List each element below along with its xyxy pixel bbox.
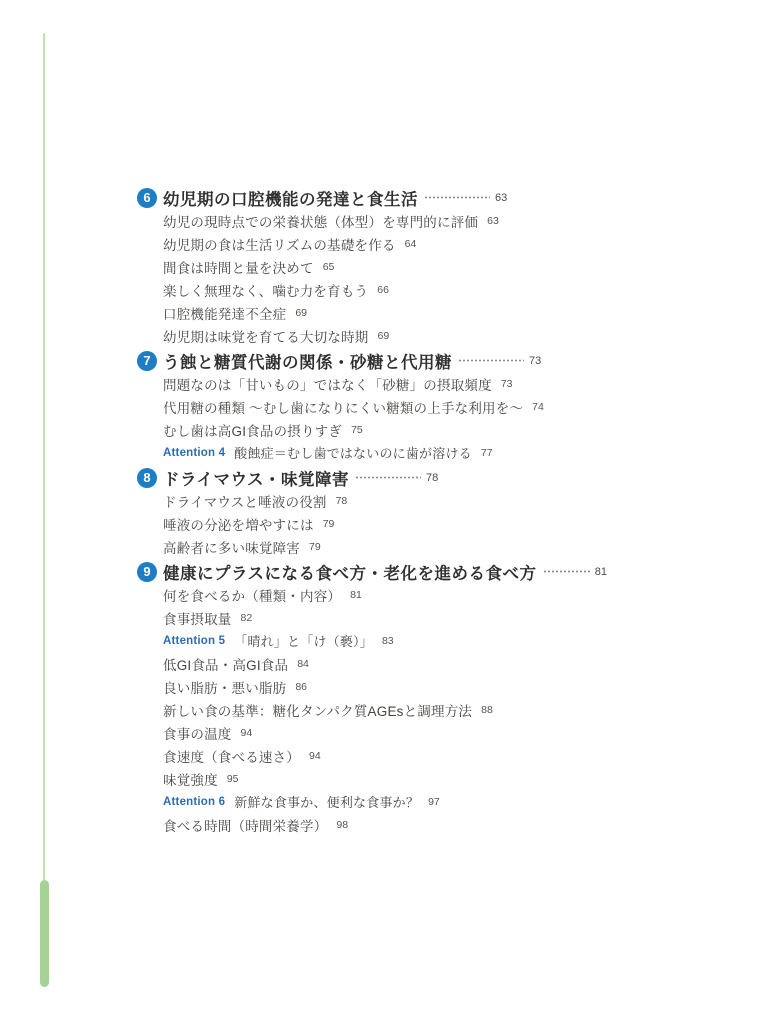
toc-item-text: 酸蝕症＝むし歯ではないのに歯が溶ける	[234, 443, 472, 462]
toc-item-page-number: 73	[501, 378, 513, 390]
toc-item: 何を食べるか（種類・内容） 81	[137, 583, 607, 606]
toc-item: 幼児期は味覚を育てる大切な時期 69	[137, 324, 607, 347]
toc-section: 9 健康にプラスになる食べ方・老化を進める食べ方 81 何を食べるか（種類・内容…	[137, 560, 607, 836]
toc-item-page-number: 94	[309, 750, 321, 762]
toc-item-page-number: 78	[336, 495, 348, 507]
toc-item-text: 間食は時間と量を決めて	[163, 257, 314, 277]
dot-leader	[424, 196, 490, 199]
section-title: 健康にプラスになる食べ方・老化を進める食べ方	[163, 560, 537, 584]
toc-item-text: 高齢者に多い味覚障害	[163, 537, 300, 557]
section-title: う蝕と糖質代謝の関係・砂糖と代用糖	[163, 349, 452, 373]
toc-item: 新しい食の基準：糖化タンパク質AGEsと調理方法 88	[137, 698, 607, 721]
toc-item-page-number: 86	[295, 681, 307, 693]
page-accent-bar-thick	[40, 880, 49, 987]
toc-item-page-number: 64	[405, 238, 417, 250]
toc-item: 低GI食品・高GI食品 84	[137, 652, 607, 675]
toc-item-page-number: 79	[309, 541, 321, 553]
toc-item: 幼児の現時点での栄養状態（体型）を専門的に評価 63	[137, 209, 607, 232]
toc-item: むし歯は高GI食品の摂りすぎ 75	[137, 418, 607, 441]
attention-label: Attention 4	[163, 447, 225, 459]
toc-item-text: 新鮮な食事か、便利な食事か？	[234, 792, 419, 811]
toc-item: 問題なのは「甘いもの」ではなく「砂糖」の摂取頻度 73	[137, 372, 607, 395]
toc-item-text: 問題なのは「甘いもの」ではなく「砂糖」の摂取頻度	[163, 374, 492, 394]
toc-item-page-number: 95	[227, 773, 239, 785]
toc-attention-item: Attention 5 「晴れ」と「け（褻）」 83	[137, 629, 607, 652]
toc-item-page-number: 79	[323, 518, 335, 530]
toc-item-text: 食事摂取量	[163, 608, 232, 628]
toc-item: 食事の温度 94	[137, 721, 607, 744]
toc-section-heading: 8 ドライマウス・味覚障害 78	[137, 466, 607, 489]
toc-item-page-number: 65	[323, 261, 335, 273]
toc-item-page-number: 69	[378, 330, 390, 342]
toc-section: 6 幼児期の口腔機能の発達と食生活 63 幼児の現時点での栄養状態（体型）を専門…	[137, 186, 607, 347]
dot-leader	[543, 570, 590, 573]
section-page-number: 81	[595, 566, 607, 578]
dot-leader	[458, 359, 524, 362]
section-number-badge: 6	[137, 188, 157, 208]
toc-item: 幼児期の食は生活リズムの基礎を作る 64	[137, 232, 607, 255]
toc-section: 8 ドライマウス・味覚障害 78 ドライマウスと唾液の役割 78 唾液の分泌を増…	[137, 466, 607, 558]
section-page-number: 73	[529, 355, 541, 367]
toc-section-heading: 9 健康にプラスになる食べ方・老化を進める食べ方 81	[137, 560, 607, 583]
section-title: 幼児期の口腔機能の発達と食生活	[163, 186, 418, 210]
toc-item-text: 口腔機能発達不全症	[163, 303, 286, 323]
toc-item: 代用糖の種類 〜むし歯になりにくい糖類の上手な利用を〜 74	[137, 395, 607, 418]
section-number-badge: 7	[137, 351, 157, 371]
toc-item-page-number: 75	[351, 424, 363, 436]
toc-item: 間食は時間と量を決めて 65	[137, 255, 607, 278]
toc-item-page-number: 94	[241, 727, 253, 739]
toc-item-page-number: 98	[336, 819, 348, 831]
toc-item-page-number: 66	[377, 284, 389, 296]
toc-item-text: 味覚強度	[163, 769, 218, 789]
toc-item-text: 幼児の現時点での栄養状態（体型）を専門的に評価	[163, 211, 478, 231]
toc-item-page-number: 97	[428, 796, 440, 808]
toc-item-text: 「晴れ」と「け（褻）」	[234, 631, 373, 650]
toc-section-heading: 7 う蝕と糖質代謝の関係・砂糖と代用糖 73	[137, 349, 607, 372]
toc-item-text: 良い脂肪・悪い脂肪	[163, 677, 286, 697]
toc-item-text: 楽しく無理なく、噛む力を育もう	[163, 280, 368, 300]
toc-section: 7 う蝕と糖質代謝の関係・砂糖と代用糖 73 問題なのは「甘いもの」ではなく「砂…	[137, 349, 607, 464]
toc-item: 口腔機能発達不全症 69	[137, 301, 607, 324]
toc-item-page-number: 82	[241, 612, 253, 624]
toc-item: 楽しく無理なく、噛む力を育もう 66	[137, 278, 607, 301]
page-accent-line-thin	[43, 33, 45, 882]
toc-item-text: 食べる時間（時間栄養学）	[163, 815, 327, 835]
table-of-contents: 6 幼児期の口腔機能の発達と食生活 63 幼児の現時点での栄養状態（体型）を専門…	[137, 186, 607, 836]
toc-item-page-number: 77	[481, 447, 493, 459]
toc-item-text: 幼児期は味覚を育てる大切な時期	[163, 326, 369, 346]
toc-item: 味覚強度 95	[137, 767, 607, 790]
dot-leader	[355, 476, 421, 479]
toc-item: ドライマウスと唾液の役割 78	[137, 489, 607, 512]
toc-section-heading: 6 幼児期の口腔機能の発達と食生活 63	[137, 186, 607, 209]
toc-item-page-number: 84	[297, 658, 309, 670]
toc-attention-item: Attention 4 酸蝕症＝むし歯ではないのに歯が溶ける 77	[137, 441, 607, 464]
toc-item: 食事摂取量 82	[137, 606, 607, 629]
toc-item: 唾液の分泌を増やすには 79	[137, 512, 607, 535]
attention-label: Attention 6	[163, 796, 225, 808]
toc-item-text: 幼児期の食は生活リズムの基礎を作る	[163, 234, 396, 254]
section-number-badge: 9	[137, 562, 157, 582]
toc-item-text: 代用糖の種類 〜むし歯になりにくい糖類の上手な利用を〜	[163, 397, 523, 417]
toc-item: 食べる時間（時間栄養学） 98	[137, 813, 607, 836]
section-page-number: 63	[495, 192, 507, 204]
toc-attention-item: Attention 6 新鮮な食事か、便利な食事か？ 97	[137, 790, 607, 813]
toc-item-page-number: 88	[481, 704, 493, 716]
toc-item-page-number: 69	[295, 307, 307, 319]
toc-item-text: 食事の温度	[163, 723, 232, 743]
toc-item: 良い脂肪・悪い脂肪 86	[137, 675, 607, 698]
attention-label: Attention 5	[163, 635, 225, 647]
toc-item-page-number: 83	[382, 635, 394, 647]
toc-item-text: 低GI食品・高GI食品	[163, 654, 288, 674]
toc-item-text: 新しい食の基準：糖化タンパク質AGEsと調理方法	[163, 700, 472, 720]
toc-item-page-number: 74	[532, 401, 544, 413]
toc-item-text: 唾液の分泌を増やすには	[163, 514, 314, 534]
book-toc-page: { "page": { "background": "#ffffff", "th…	[0, 0, 768, 1024]
toc-item-page-number: 63	[487, 215, 499, 227]
toc-item: 高齢者に多い味覚障害 79	[137, 535, 607, 558]
toc-item-text: ドライマウスと唾液の役割	[163, 491, 327, 511]
section-number-badge: 8	[137, 468, 157, 488]
toc-item-text: むし歯は高GI食品の摂りすぎ	[163, 420, 342, 440]
toc-item-page-number: 81	[350, 589, 362, 601]
section-page-number: 78	[426, 472, 438, 484]
toc-item-text: 何を食べるか（種類・内容）	[163, 585, 341, 605]
toc-item-text: 食速度（食べる速さ）	[163, 746, 300, 766]
section-title: ドライマウス・味覚障害	[163, 466, 349, 490]
toc-item: 食速度（食べる速さ） 94	[137, 744, 607, 767]
